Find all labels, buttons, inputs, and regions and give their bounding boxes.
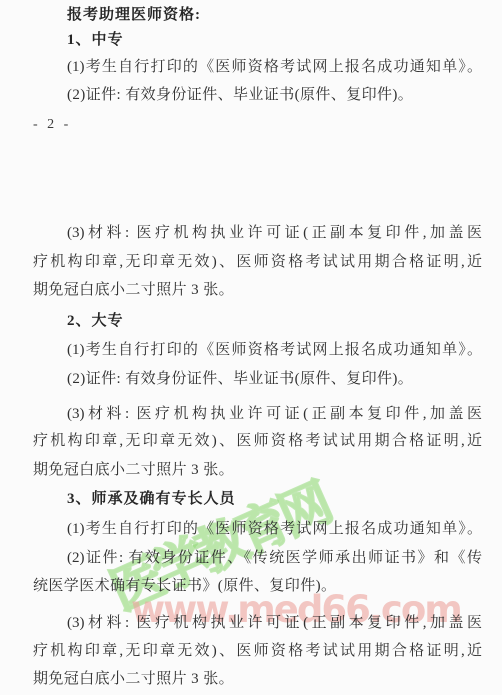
section-title-3: 3、师承及确有专长人员	[33, 489, 482, 510]
s3-item3-line-2: 疗机构印章,无印章无效)、医师资格考试试用期合格证明,近	[33, 641, 482, 662]
s2-item3-line-2: 疗机构印章,无印章无效)、医师资格考试试用期合格证明,近	[33, 431, 482, 452]
s1-item3-line-1: (3)材料: 医疗机构执业许可证(正副本复印件,加盖医	[33, 223, 482, 244]
section-title-2: 2、大专	[33, 311, 482, 332]
s3-item1-line: (1)考生自行打印的《医师资格考试网上报名成功通知单》。	[33, 519, 482, 540]
s3-item3-line-3: 期免冠白底小二寸照片 3 张。	[33, 669, 482, 690]
s1-item2-line: (2)证件: 有效身份证件、毕业证书(原件、复印件)。	[33, 85, 482, 106]
s2-item3-line-3: 期免冠白底小二寸照片 3 张。	[33, 460, 482, 481]
document-page: 医学教育网 www.med66.com 报考助理医师资格: 1、中专 (1)考生…	[0, 0, 502, 695]
s1-item3-line-2: 疗机构印章,无印章无效)、医师资格考试试用期合格证明,近	[33, 252, 482, 273]
s1-item1-line: (1)考生自行打印的《医师资格考试网上报名成功通知单》。	[33, 57, 482, 78]
page-number: - 2 -	[33, 117, 71, 133]
watermark-site-name: 医学教育网	[97, 462, 338, 624]
s3-item3-line-1: (3)材料: 医疗机构执业许可证(正副本复印件,加盖医	[33, 613, 482, 634]
s2-item1-line: (1)考生自行打印的《医师资格考试网上报名成功通知单》。	[33, 340, 482, 361]
s2-item2-line: (2)证件: 有效身份证件、毕业证书(原件、复印件)。	[33, 369, 482, 390]
s3-item2-line-1: (2)证件: 有效身份证件、《传统医学师承出师证书》和《传	[33, 548, 482, 569]
section-title-1: 1、中专	[33, 30, 482, 51]
doc-heading: 报考助理医师资格:	[33, 5, 482, 26]
s2-item3-line-1: (3)材料: 医疗机构执业许可证(正副本复印件,加盖医	[33, 404, 482, 425]
s1-item3-line-3: 期免冠白底小二寸照片 3 张。	[33, 280, 482, 301]
s3-item2-line-2: 统医学医术确有专长证书》(原件、复印件)。	[33, 576, 482, 597]
